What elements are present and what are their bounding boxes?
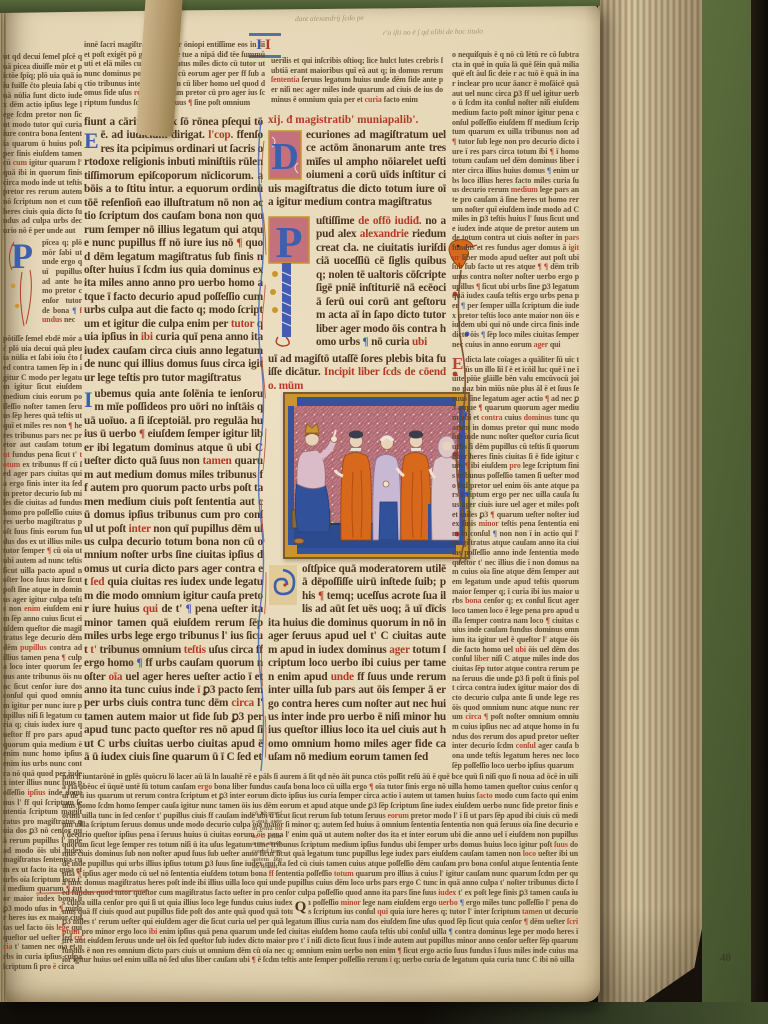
right-gloss-column-upper: o nequiſquis ē q nō cū lētū re cō ſubtra… <box>452 50 579 353</box>
background-edge <box>751 0 768 1024</box>
main-text-column-2-para-2: P uſtiſſime de offō iudiđ. no apud alex … <box>268 215 446 351</box>
main-text-column-1-upper: fiunt a cāritate mox ſō rōnea pſequi tōē… <box>84 116 263 386</box>
interlinear-marginal-note: cō īd pro ſe quā autem pena nunc C contr… <box>252 810 282 872</box>
illuminated-initial-d: D <box>268 130 302 180</box>
left-gloss-column-upper: ut qd decui ſemel pſcē quā picea diuiſſe… <box>3 52 82 236</box>
fore-edge-page-stack <box>598 0 710 1008</box>
gutter-pen-flourish <box>253 121 269 773</box>
main-text-column-1-lower: I ubemus quia ante ſolēnia te ienſorum m… <box>84 388 263 774</box>
right-gloss-column-lower: E dicta late coīages a quāliter ſū uīc t… <box>452 355 579 773</box>
folio-number: 40 <box>720 952 732 965</box>
main-text-column-2-para-3: oſtſpice quā moderatorem utilē ā dēpoſſi… <box>268 563 446 773</box>
svg-text:D: D <box>271 136 298 178</box>
illuminated-initial-p: P <box>268 216 312 348</box>
left-margin-initial-p: P <box>4 236 40 328</box>
main-text-column-2-para-1: D ecuriones ad magiſtratum uel ce actōm … <box>268 129 446 213</box>
chapter-rubric: xij. đ magistratib' muniapalib'. <box>268 113 446 127</box>
bottom-gloss-initial-q: Q <box>293 899 308 916</box>
left-gloss-column-beside-initial: pīcea q; plō mōr ſabi ut unde ergo quī p… <box>42 238 82 332</box>
svg-text:P: P <box>11 236 33 276</box>
header-numeral-red: I <box>265 37 274 53</box>
gloss-red-initial-e: E <box>452 355 465 373</box>
bottom-gloss-block: non ſi iuntarōnē in gplēs quōcru lō lace… <box>62 772 578 966</box>
main-text-column-2-incipit-lines: uī ad magiſtō utaſſē ſores plebis bita f… <box>268 353 446 394</box>
manuscript-photo: dant alexandrij ſcdo pe r'o iſti no ē ſ … <box>0 0 768 1024</box>
gloss-above-column-2: uerīlis et qui inſcribis oſtioq; lice hu… <box>271 56 443 112</box>
binding-cover-bottom <box>0 1002 768 1024</box>
pen-flourished-initial-spiral <box>268 564 298 606</box>
svg-text:P: P <box>276 218 303 267</box>
